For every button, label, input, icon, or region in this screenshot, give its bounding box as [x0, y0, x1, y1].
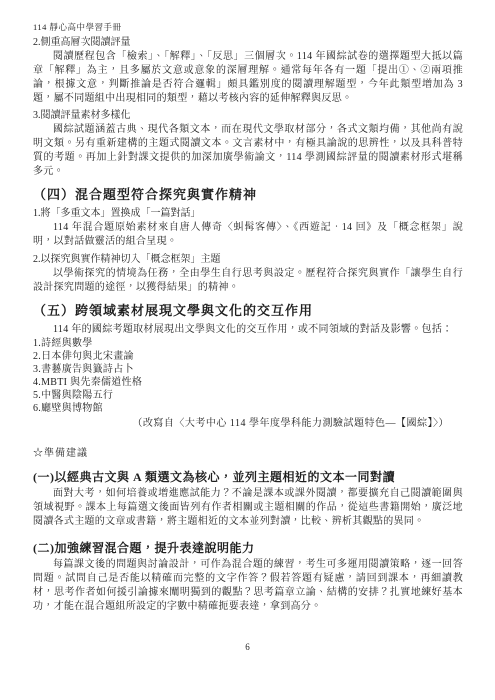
running-header: 114 靜心高中學習手冊: [33, 22, 463, 33]
heading-point2: 2.側重高層次閱讀評量: [33, 36, 463, 50]
cross-domain-item: 2.日本俳句與北宋畫論: [33, 350, 463, 363]
paragraph-advice-item2: 每篇課文後的問題與討論設計，可作為混合題的練習，考生可多運用閱讀策略，逐一回答問…: [33, 558, 463, 614]
advice-section-title: ☆準備建議: [33, 447, 463, 461]
paragraph-point3: 國綜試題涵蓋古典、現代各類文本，而在現代文學取材部分，各式文類均備，其他尚有說明…: [33, 123, 463, 179]
source-attribution: （改寫自〈大考中心 114 學年度學科能力測驗試題特色—【國綜】〉）: [33, 417, 463, 431]
cross-domain-item: 3.書藝廣告與籤詩占卜: [33, 363, 463, 376]
cross-domain-item: 5.中醫與陰陽五行: [33, 389, 463, 402]
heading-section5: （五）跨領域素材展現文學與文化的交互作用: [33, 302, 463, 319]
paragraph-point2: 閱讀歷程包含「檢索」、「解釋」、「反思」三個層次。114 年國綜試卷的選擇題型大…: [33, 50, 463, 106]
paragraph-section5-intro: 114 年的國綜考題取材展現出文學與文化的交互作用，或不同領域的對話及影響。包括…: [33, 323, 463, 337]
heading-section4-item1: 1.將「多重文本」置換成「一篇對話」: [33, 207, 463, 221]
cross-domain-list: 1.詩經與數學 2.日本俳句與北宋畫論 3.書藝廣告與籤詩占卜 4.MBTI 與…: [33, 337, 463, 415]
cross-domain-item: 1.詩經與數學: [33, 337, 463, 350]
cross-domain-item: 6.廳壁與博物館: [33, 402, 463, 415]
heading-section4: （四）混合題型符合探究與實作精神: [33, 186, 463, 203]
paragraph-section4-item1: 114 年混合題原始素材來自唐人傳奇〈虯髯客傳〉、《西遊記‧14 回》及「概念框…: [33, 221, 463, 249]
cross-domain-item: 4.MBTI 與先秦儒道性格: [33, 376, 463, 389]
heading-section4-item2: 2.以探究與實作精神切入「概念框架」主題: [33, 253, 463, 267]
document-page: 114 靜心高中學習手冊 2.側重高層次閱讀評量 閱讀歷程包含「檢索」、「解釋」…: [0, 0, 495, 700]
heading-advice-item2: (二)加強練習混合題，提升表達說明能力: [33, 541, 463, 556]
paragraph-advice-item1: 面對大考，如何培養或增進應試能力？不論是課本或課外閱讀，都要擴充自己閱讀範圍與領…: [33, 487, 463, 529]
heading-advice-item1: (一)以經典古文與 A 類選文為核心，並列主題相近的文本一同對讀: [33, 470, 463, 485]
heading-point3: 3.閱讀評量素材多樣化: [33, 109, 463, 123]
page-number: 6: [0, 640, 495, 654]
paragraph-section4-item2: 以學術探究的情境為任務，全由學生自行思考與設定。歷程符合探究與實作「讓學生自行設…: [33, 267, 463, 295]
